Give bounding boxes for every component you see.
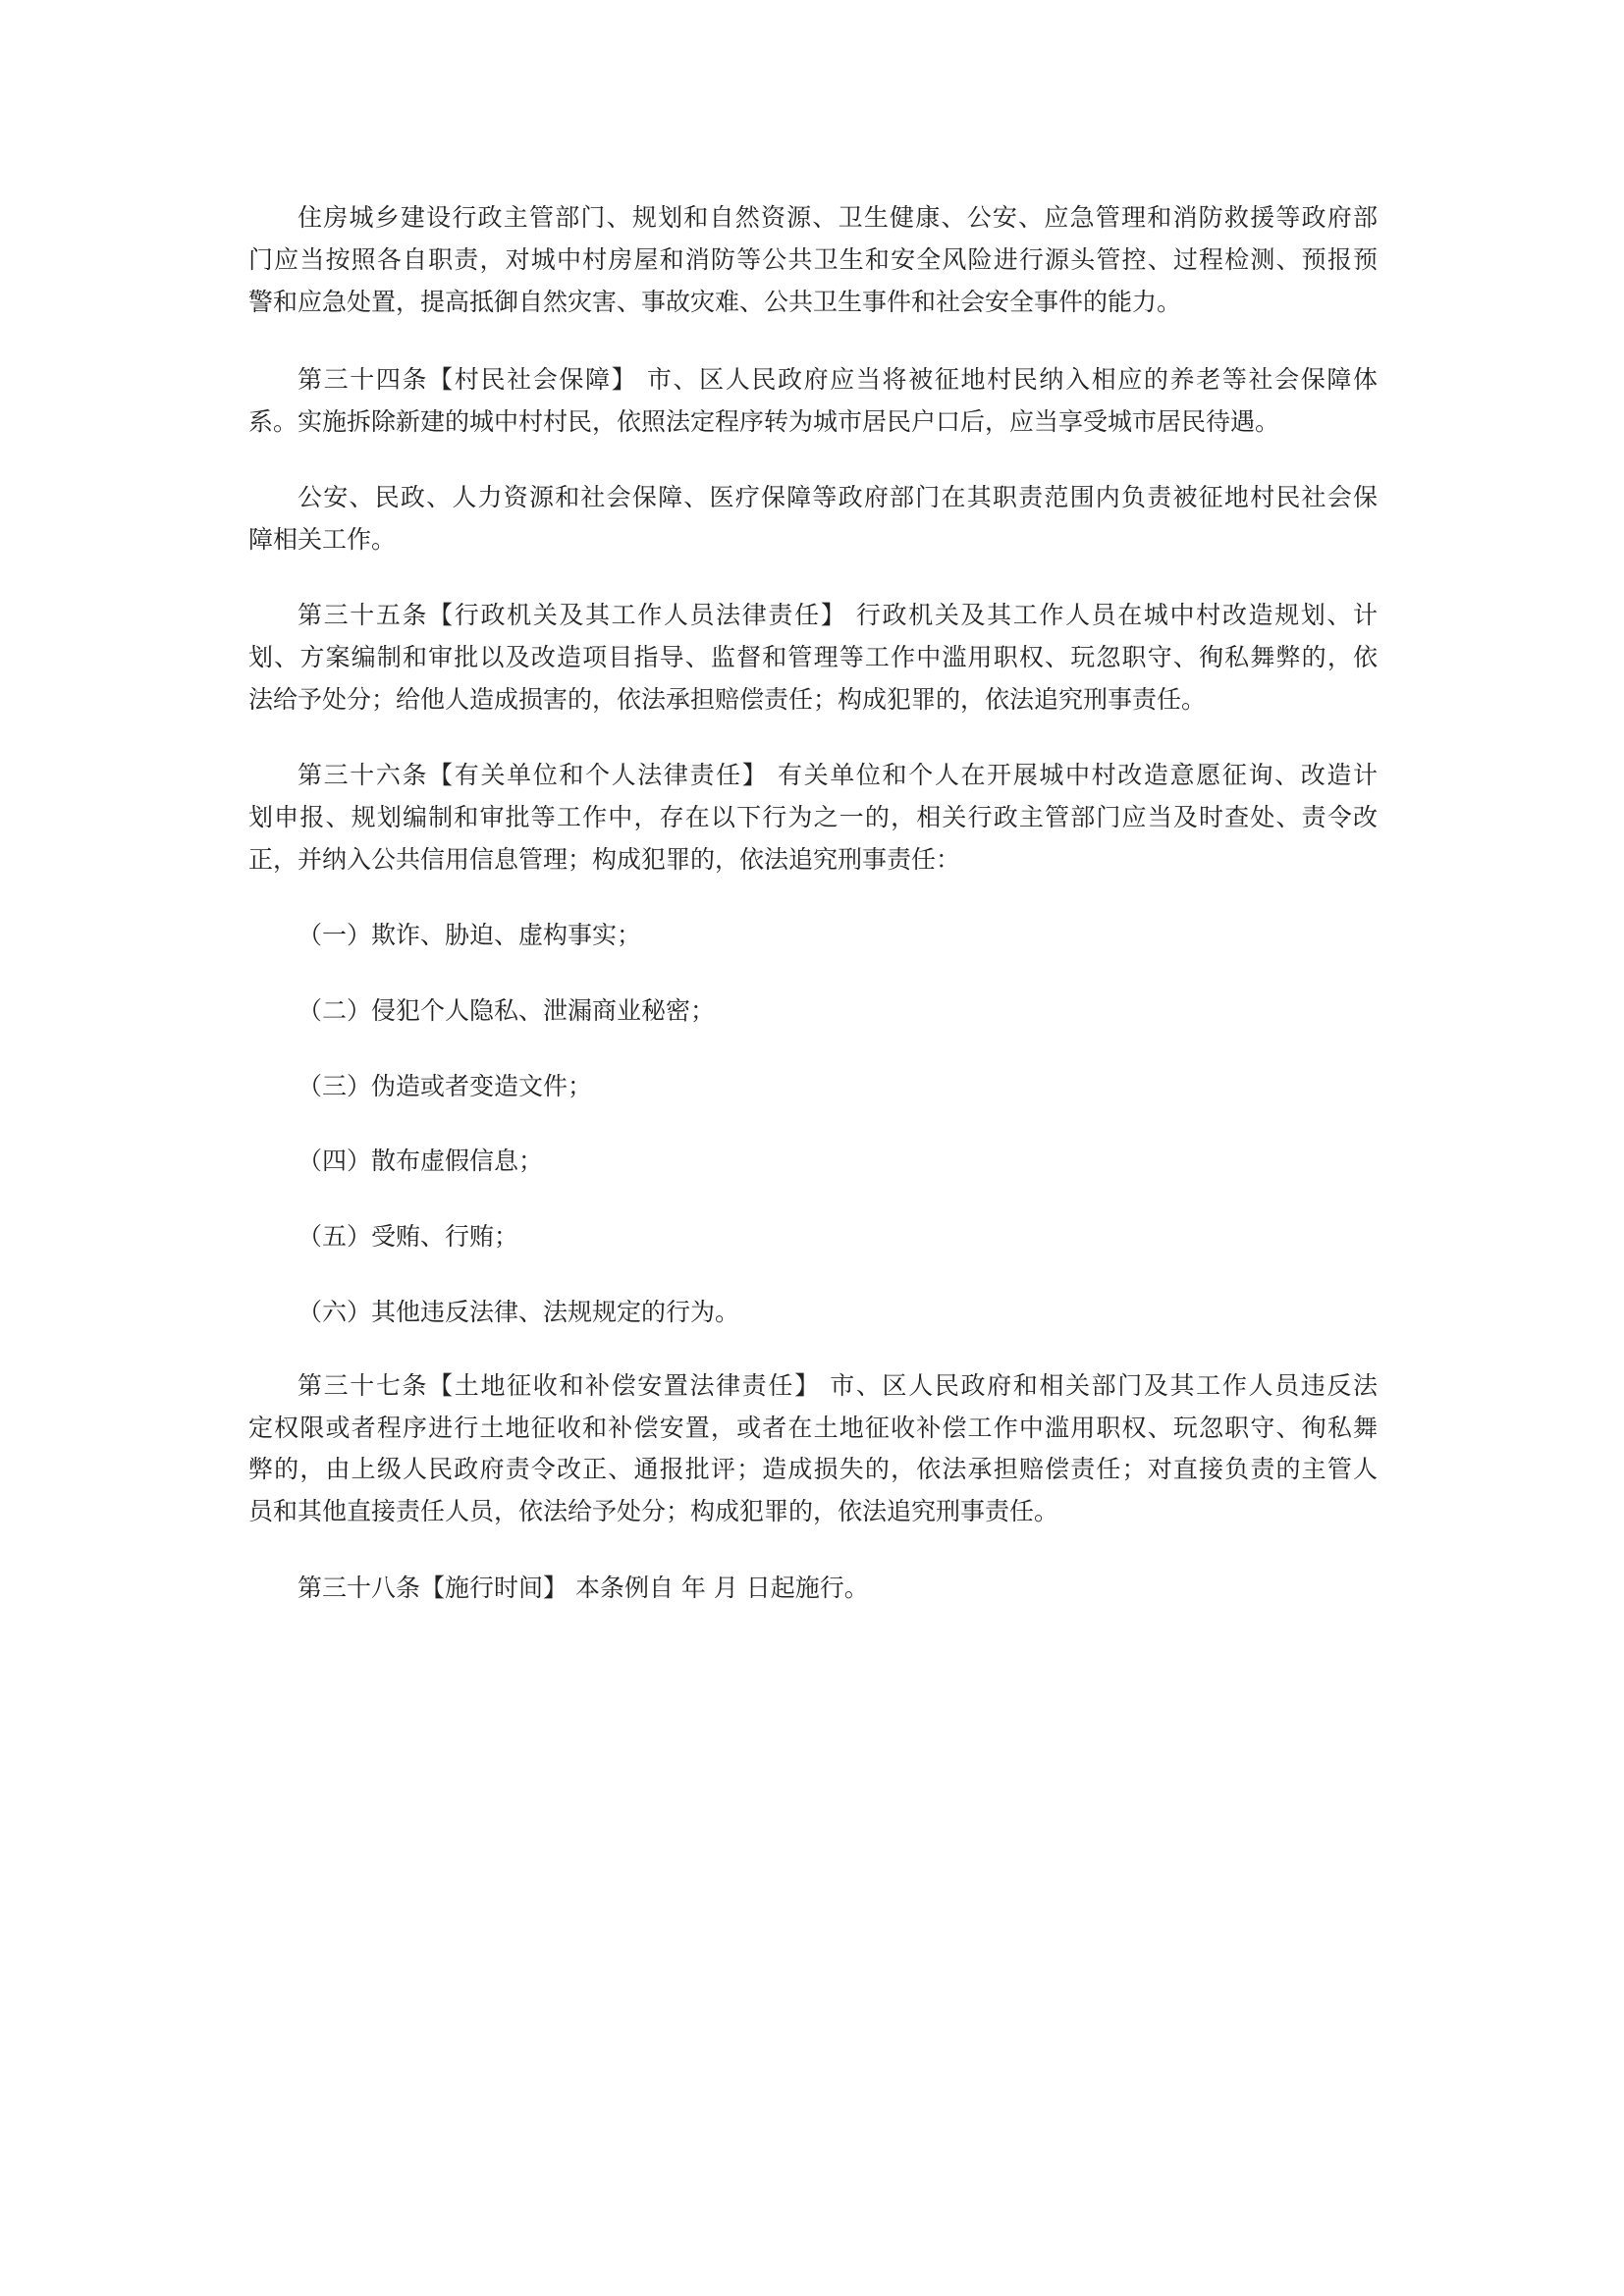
text-line: 第三十六条【有关单位和个人法律责任】 有关单位和个人在开展城中村改造意愿征询、改… <box>298 758 1378 793</box>
text-line: 第三十四条【村民社会保障】 市、区人民政府应当将被征地村民纳入相应的养老等社会保… <box>298 362 1378 398</box>
text-line: 门应当按照各自职责，对城中村房屋和消防等公共卫生和安全风险进行源头管控、过程检测… <box>248 242 1378 278</box>
text-line: 法给予处分；给他人造成损害的，依法承担赔偿责任；构成犯罪的，依法追究刑事责任。 <box>248 682 1378 718</box>
list-item: （一）欺诈、胁迫、虚构事实； <box>298 918 1378 953</box>
text-line: 第三十七条【土地征收和补偿安置法律责任】 市、区人民政府和相关部门及其工作人员违… <box>298 1368 1378 1404</box>
list-item: （三）伪造或者变造文件； <box>298 1069 1378 1104</box>
text-line: 弊的，由上级人民政府责令改正、通报批评；造成损失的，依法承担赔偿责任；对直接负责… <box>248 1452 1378 1487</box>
text-line: 公安、民政、人力资源和社会保障、医疗保障等政府部门在其职责范围内负责被征地村民社… <box>298 480 1378 515</box>
list-item: （四）散布虚假信息； <box>298 1144 1378 1179</box>
list-item: （二）侵犯个人隐私、泄漏商业秘密； <box>298 993 1378 1029</box>
list-item: （六）其他违反法律、法规规定的行为。 <box>298 1295 1378 1330</box>
text-line: 警和应急处置，提高抵御自然灾害、事故灾难、公共卫生事件和社会安全事件的能力。 <box>248 285 1378 320</box>
text-line: 系。实施拆除新建的城中村村民，依照法定程序转为城市居民户口后，应当享受城市居民待… <box>248 404 1378 440</box>
text-line: 正，并纳入公共信用信息管理；构成犯罪的，依法追究刑事责任： <box>248 842 1378 878</box>
text-line: 障相关工作。 <box>248 522 1378 558</box>
list-item: （五）受贿、行贿； <box>298 1219 1378 1255</box>
text-line: 划、方案编制和审批以及改造项目指导、监督和管理等工作中滥用职权、玩忽职守、徇私舞… <box>248 640 1378 675</box>
text-line: 定权限或者程序进行土地征收和补偿安置，或者在土地征收补偿工作中滥用职权、玩忽职守… <box>248 1411 1378 1446</box>
text-line: 第三十五条【行政机关及其工作人员法律责任】 行政机关及其工作人员在城中村改造规划… <box>298 598 1378 633</box>
text-line: 住房城乡建设行政主管部门、规划和自然资源、卫生健康、公安、应急管理和消防救援等政… <box>298 200 1378 236</box>
text-line: 第三十八条【施行时间】 本条例自 年 月 日起施行。 <box>298 1571 1378 1606</box>
text-line: 员和其他直接责任人员，依法给予处分；构成犯罪的，依法追究刑事责任。 <box>248 1494 1378 1529</box>
text-line: 划申报、规划编制和审批等工作中，存在以下行为之一的，相关行政主管部门应当及时查处… <box>248 800 1378 835</box>
